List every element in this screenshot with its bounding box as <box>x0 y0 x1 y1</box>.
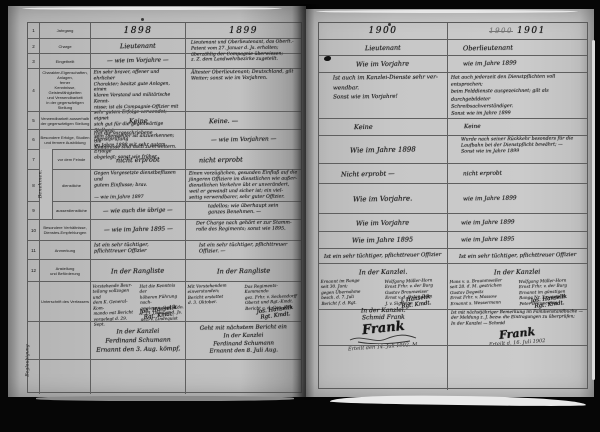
clerk-note: Vorstehende Beur- teilung vollzogen und … <box>92 282 137 320</box>
handwritten-entry: Lieutenant und Oberlieutenant, das Oberl… <box>188 38 306 64</box>
handwritten-entry: nicht erprobt <box>463 170 502 177</box>
table-row: 1900 1900 1901 <box>319 23 587 39</box>
handwritten-entry: Ist ein sehr tüchtiger, pflichttreuer Of… <box>324 252 441 260</box>
row-number: 6 <box>32 137 35 142</box>
handwritten-entry: — wie im Jahre 1895 — <box>104 226 173 233</box>
signature-block: Ist mit nächstjähriger Bemerkung im Fami… <box>448 309 587 346</box>
handwritten-entry: Lieutenant <box>365 43 401 52</box>
row-number: 2 <box>32 44 35 49</box>
row-label: Besondere Erfolge, Studien und fernere A… <box>41 135 90 145</box>
handwritten-entry: Keine <box>464 124 481 130</box>
table-row: Ist ein sehr tüchtiger, pflichttreuer Of… <box>319 248 587 263</box>
table-row: Wie im Vorjahre. wie im Jahre 1899 <box>319 183 587 213</box>
table-row: 11 Anmerkung Ist ein sehr tüchtiger, pfl… <box>28 240 301 259</box>
right-page: 1900 1900 1901 Lieutenant Oberlieutenant… <box>306 9 594 397</box>
handwritten-entry: Ist ein sehr tüchtiger, pflichttreuer Of… <box>91 241 185 257</box>
row-number: 1 <box>32 28 35 33</box>
crossed-out-year: 1900 <box>489 27 513 35</box>
table-row <box>319 345 587 390</box>
page-stack-edge <box>36 396 294 401</box>
table-row <box>28 359 301 394</box>
group-label-strip: Benehmen. <box>40 149 53 219</box>
handwritten-entry: nicht erprobt <box>116 155 160 164</box>
handwritten-entry: Ist ein sehr tüchtiger, pflichttreuer Of… <box>196 241 291 257</box>
row-number: 12 <box>31 268 36 273</box>
page-stack-edge <box>592 40 595 380</box>
handwritten-entry: Einen vorzüglichen, gesunden Einfluß auf… <box>186 169 301 202</box>
row-number: 8 <box>32 183 35 188</box>
row-label: Unterschrift des Verfassers <box>41 299 89 304</box>
table-row: In der Kanzlei. Ernannt im Range seit 30… <box>319 263 587 309</box>
row-number: 10 <box>31 228 36 233</box>
table-row: 7 vor dem Feinde nicht erprobt nicht erp… <box>28 149 301 169</box>
page-edge-highlight <box>316 10 578 13</box>
chancellery-note: Geht mit nächstem Bericht ein In der Kan… <box>200 324 288 357</box>
row-label: Besondere Verhältnisse, Dienstes-Empfehl… <box>43 225 86 235</box>
handwritten-entry: Wie im Vorjahre <box>356 218 409 227</box>
handwritten-entry: Keine <box>129 116 148 124</box>
handwritten-entry: Gegen Vorgesetzte dienstbeflissen und gu… <box>91 170 185 203</box>
chancellery-heading: In der Kanzlei <box>494 268 540 277</box>
table-row: In der Kanzlei Ferdinand Schumann Ernann… <box>28 321 301 359</box>
table-row: Wie im Vorjahre wie im Jahre 1899 <box>319 55 587 72</box>
left-page: 1 Jahrgang 1898 1899 2 Charge Lieutenant… <box>8 6 306 397</box>
signature-block: In der Kanzlei. Schmid Frank Frank Ertei… <box>319 306 447 350</box>
row-label: Anmerkung <box>55 248 75 253</box>
handwritten-entry: Wurde nach seiner Rückkehr besonders für… <box>458 135 577 156</box>
handwritten-entry: Keine <box>354 123 373 131</box>
handwritten-entry: Hat auch jederzeit den Dienstpflichten v… <box>448 72 587 119</box>
table-row: 6 Besondere Erfolge, Studien und fernere… <box>28 129 301 149</box>
row-sublabel: ausserdienstliche <box>56 208 87 213</box>
handwritten-entry: Der Charge nach gehört er zur Stamm- rol… <box>193 219 295 234</box>
handwritten-entry: Wie im Vorjahre <box>356 60 409 69</box>
row-label: Eingetheilt <box>56 59 75 64</box>
handwritten-entry: tadellos; wie überhaupt sein ganzes Bene… <box>205 202 282 217</box>
table-row: Unterschrift des Verfassers Vorstehende … <box>28 281 301 321</box>
row-label: Jahrgang <box>57 28 74 33</box>
handwritten-entry: Wie im Jahre 1895 <box>352 235 413 244</box>
year-entry: 1899 <box>229 26 258 36</box>
table-row: 12 Anstellung und Beförderung In der Ran… <box>28 259 301 281</box>
table-row: In der Kanzlei. Schmid Frank Frank Ertei… <box>319 309 587 345</box>
handwritten-entry: Nicht erprobt — <box>341 169 395 178</box>
row-sublabel: dienstliche <box>62 183 81 188</box>
row-number: 9 <box>32 208 35 213</box>
year-entry: 1898 <box>124 26 153 36</box>
handwritten-entry: In der Rangliste <box>217 266 270 275</box>
row-number: 4 <box>32 88 35 93</box>
row-number: 11 <box>31 248 36 253</box>
chancellery-note: Ist mit nächstjähriger Bemerkung im Fami… <box>448 308 587 328</box>
handwritten-entry: nicht erprobt <box>199 155 243 164</box>
table-row: Wie im Jahre 1895 wie im Jahre 1895 <box>319 231 587 248</box>
clerk-note: Hans v. u. Braunmweiler seit 28. d. M. g… <box>450 277 517 307</box>
handwritten-entry: Lieutenant <box>120 42 156 51</box>
table-row: Nicht erprobt — nicht erprobt <box>319 163 587 183</box>
handwritten-entry: Ist ein sehr tüchtiger, pflichttreuer Of… <box>459 252 576 260</box>
handwritten-entry: wie im Jahre 1899 <box>463 61 517 68</box>
clerk-note: Ernannt im Range seit 30. Juni; gegen Üb… <box>321 277 382 306</box>
table-row: Wie im Jahre 1898 Wurde nach seiner Rück… <box>319 135 587 163</box>
left-record-table: 1 Jahrgang 1898 1899 2 Charge Lieutenant… <box>27 22 302 393</box>
year-entry: 1901 <box>517 26 546 36</box>
handwritten-entry: Ist auch im Kanzlei-Dienste sehr ver- we… <box>325 72 441 104</box>
year-entry: 1900 <box>369 26 398 36</box>
scanned-register-book: 1 Jahrgang 1898 1899 2 Charge Lieutenant… <box>0 0 600 432</box>
table-row: Keine Keine <box>319 118 587 135</box>
handwritten-entry: In der Rangliste <box>111 266 164 275</box>
row-number: 7 <box>32 157 35 162</box>
row-number: 5 <box>32 118 35 123</box>
handwritten-entry: Wie im Vorjahre. <box>353 194 412 203</box>
table-row: 1 Jahrgang 1898 1899 <box>28 23 301 38</box>
right-record-table: 1900 1900 1901 Lieutenant Oberlieutenant… <box>318 22 588 389</box>
group-label: Benehmen. <box>37 170 43 199</box>
handwritten-entry: Oberlieutenant <box>462 43 512 52</box>
handwritten-entry: wie im Jahre 1895 <box>461 237 515 244</box>
handwritten-entry: — wie auch die übrige — <box>103 207 173 214</box>
table-row: 8 dienstliche Gegen Vorgesetzte dienstbe… <box>28 169 301 201</box>
row-label: Charge <box>58 44 71 49</box>
table-row: 5 Verwendbarkeit ausserhalb der gegenwär… <box>28 111 301 129</box>
handwritten-entry: wie im Jahre 1899 <box>461 219 515 226</box>
row-sublabel: vor dem Feinde <box>58 157 86 162</box>
handwritten-entry: Keine. — <box>209 116 238 125</box>
handwritten-entry: wie im Jahre 1899 <box>463 195 517 202</box>
row-label: Charakter-Eigenschaften, Anlagen, ferner… <box>40 70 90 110</box>
page-mark-dot <box>141 18 144 21</box>
chancellery-heading: In der Kanzlei. <box>359 268 408 277</box>
handwritten-entry: Wie im Jahre 1898 <box>350 145 416 154</box>
row-number: 3 <box>32 59 35 64</box>
table-row: Wie im Vorjahre wie im Jahre 1899 <box>319 213 587 231</box>
table-row: 9 ausserdienstliche — wie auch die übrig… <box>28 201 301 219</box>
table-row: Ist auch im Kanzlei-Dienste sehr ver- we… <box>319 72 587 118</box>
handwritten-entry: Ältester Oberlieutenant; Deutschland, gi… <box>188 68 306 83</box>
page-edge-highlight <box>22 7 282 10</box>
handwritten-entry: — wie im Vorjahre — <box>107 57 169 64</box>
table-row: 10 Besondere Verhältnisse, Dienstes-Empf… <box>28 219 301 240</box>
side-label: Beglaubigung <box>26 344 31 376</box>
row-label: Anstellung und Beförderung <box>50 266 80 276</box>
clerk-note: Mit Vorstehendem einverstanden; Bericht … <box>187 282 242 321</box>
chancellery-note: In der Kanzlei Ferdinand Schumann Ernann… <box>96 326 181 354</box>
table-row: Lieutenant Oberlieutenant <box>319 39 587 55</box>
handwritten-entry: — wie im Vorjahren — <box>211 136 277 143</box>
row-label: Verwendbarkeit ausserhalb der gegenwärti… <box>41 116 90 126</box>
